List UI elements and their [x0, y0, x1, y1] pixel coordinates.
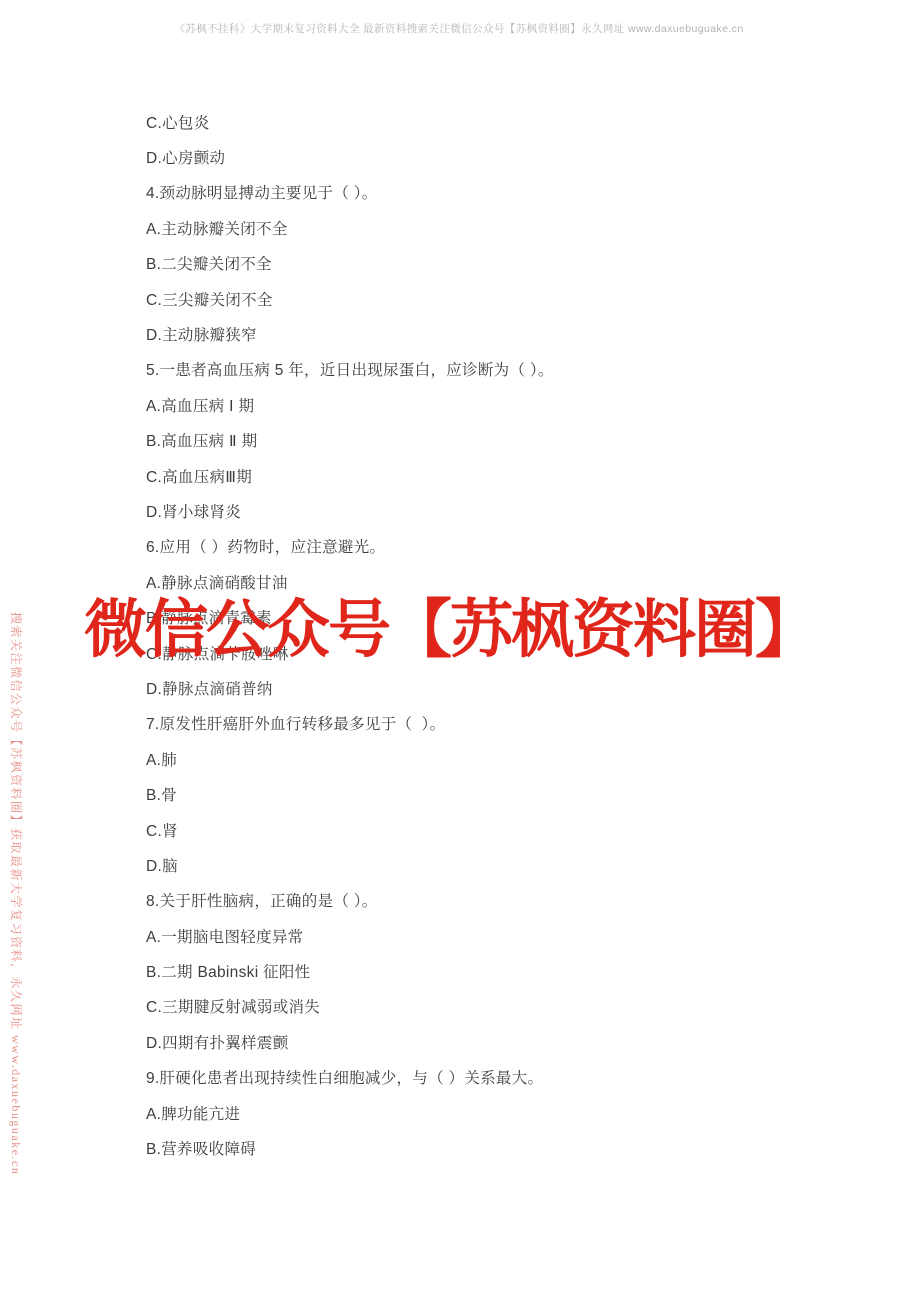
- option-line: B.二尖瓣关闭不全: [146, 246, 878, 281]
- option-line: B.静脉点滴青霉素: [146, 599, 878, 634]
- option-line: B.高血压病 Ⅱ 期: [146, 423, 878, 458]
- option-line: D.四期有扑翼样震颤: [146, 1024, 878, 1059]
- question-stem: 8.关于肝性脑病，正确的是（ ）。: [146, 883, 878, 918]
- option-line: D.静脉点滴硝普纳: [146, 670, 878, 705]
- option-line: B.营养吸收障碍: [146, 1130, 878, 1165]
- option-line: C.静脉点滴苄胺唑啉: [146, 635, 878, 670]
- question-stem: 5.一患者高血压病 5 年，近日出现尿蛋白，应诊断为（ ）。: [146, 352, 878, 387]
- option-line: D.脑: [146, 847, 878, 882]
- option-line: C.心包炎: [146, 104, 878, 139]
- page-header-watermark-text: 《苏枫不挂科》大学期末复习资料大全 最新资料搜索关注微信公众号【苏枫资料圈】永久…: [0, 21, 918, 36]
- option-line: A.主动脉瓣关闭不全: [146, 210, 878, 245]
- question-stem: 4.颈动脉明显搏动主要见于（ ）。: [146, 175, 878, 210]
- option-line: B.二期 Babinski 征阳性: [146, 953, 878, 988]
- question-list: C.心包炎D.心房颤动4.颈动脉明显搏动主要见于（ ）。A.主动脉瓣关闭不全B.…: [146, 104, 878, 1166]
- watermark-side-vertical-text: 搜索关注微信公众号【苏枫资料圈】获取最新大学复习资料，永久网址 www.daxu…: [8, 612, 25, 1175]
- option-line: A.脾功能亢进: [146, 1095, 878, 1130]
- option-line: C.肾: [146, 812, 878, 847]
- document-page: 《苏枫不挂科》大学期末复习资料大全 最新资料搜索关注微信公众号【苏枫资料圈】永久…: [0, 0, 918, 1298]
- option-line: D.肾小球肾炎: [146, 493, 878, 528]
- option-line: A.一期脑电图轻度异常: [146, 918, 878, 953]
- option-line: C.三尖瓣关闭不全: [146, 281, 878, 316]
- question-stem: 9.肝硬化患者出现持续性白细胞减少，与（ ）关系最大。: [146, 1060, 878, 1095]
- option-line: C.高血压病Ⅲ期: [146, 458, 878, 493]
- question-stem: 7.原发性肝癌肝外血行转移最多见于（ ）。: [146, 706, 878, 741]
- question-stem: 6.应用（ ）药物时，应注意避光。: [146, 529, 878, 564]
- option-line: D.心房颤动: [146, 139, 878, 174]
- option-line: D.主动脉瓣狭窄: [146, 316, 878, 351]
- option-line: A.高血压病 Ⅰ 期: [146, 387, 878, 422]
- option-line: A.肺: [146, 741, 878, 776]
- option-line: B.骨: [146, 776, 878, 811]
- option-line: C.三期腱反射减弱或消失: [146, 989, 878, 1024]
- option-line: A.静脉点滴硝酸甘油: [146, 564, 878, 599]
